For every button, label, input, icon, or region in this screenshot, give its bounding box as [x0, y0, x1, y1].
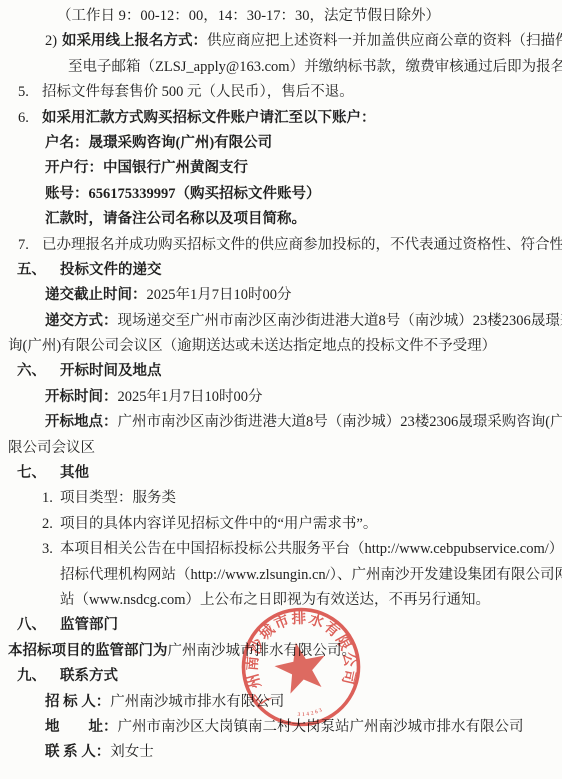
section-5-number: 五、: [17, 258, 46, 283]
opening-time-value: 2025年1月7日10时00分: [118, 389, 263, 405]
remit-note-text: 汇款时，请备注公司名称以及项目简称。: [45, 211, 306, 227]
other-item-3-continuation-1: 招标代理机构网站（http://www.zlsungin.cn/）、广州南沙开发…: [60, 563, 562, 588]
list-item-7-number: 7.: [18, 233, 29, 258]
list-item-7-text: 已办理报名并成功购买招标文件的供应商参加投标的，不代表通过资格性、符合性审查。: [42, 237, 562, 253]
scanned-tender-document-page: （工作日 9：00-12：00，14：30-17：30，法定节假日除外） 2) …: [0, 0, 562, 779]
document-body: （工作日 9：00-12：00，14：30-17：30，法定节假日除外） 2) …: [0, 4, 562, 766]
list-item-2-number: 2): [45, 29, 57, 54]
section-9-number: 九、: [17, 664, 46, 689]
contact-value: 刘女士: [110, 744, 154, 760]
section-7-heading: 七、 其他: [0, 461, 562, 486]
other-item-3-continuation-1-text: 招标代理机构网站（http://www.zlsungin.cn/）、广州南沙开发…: [60, 567, 562, 583]
other-item-2-number: 2.: [42, 512, 53, 537]
other-item-1: 1. 项目类型：服务类: [0, 486, 562, 511]
opening-place-continuation-text: 限公司会议区: [8, 440, 95, 456]
workday-note: （工作日 9：00-12：00，14：30-17：30，法定节假日除外）: [57, 4, 562, 29]
submission-method-continuation: 询(广州)有限公司会议区（逾期送达或未送达指定地点的投标文件不予受理）: [8, 334, 562, 359]
other-item-2-text: 项目的具体内容详见招标文件中的“用户需求书”。: [60, 516, 377, 532]
section-8-title: 监管部门: [60, 617, 118, 633]
section-9-heading: 九、 联系方式: [0, 664, 562, 689]
supervisor-line: 本招标项目的监管部门为广州南沙城市排水有限公司。: [8, 639, 562, 664]
other-item-1-number: 1.: [42, 486, 53, 511]
submission-method-text: 现场递交至广州市南沙区南沙街进港大道8号（南沙城）23楼2306晟璟采购咨: [118, 313, 562, 329]
opening-time-label: 开标时间：: [45, 389, 118, 405]
section-6-title: 开标时间及地点: [60, 363, 162, 379]
contact-line: 联 系 人：刘女士: [45, 740, 562, 765]
online-signup-continuation-text: 至电子邮箱（ZLSJ_apply@163.com）并缴纳标书款，缴费审核通过后即…: [68, 59, 562, 75]
other-item-2: 2. 项目的具体内容详见招标文件中的“用户需求书”。: [0, 512, 562, 537]
other-item-3-number: 3.: [42, 537, 53, 562]
address-label: 地 址：: [45, 719, 118, 735]
bidder-value: 广州南沙城市排水有限公司: [110, 694, 284, 710]
section-9-title: 联系方式: [60, 668, 118, 684]
opening-place-continuation: 限公司会议区: [8, 436, 562, 461]
bidder-label: 招 标 人：: [45, 694, 110, 710]
contact-label: 联 系 人：: [45, 744, 110, 760]
opening-time-line: 开标时间：2025年1月7日10时00分: [45, 385, 562, 410]
address-line: 地 址：广州市南沙区大岗镇南二村大岗泵站广州南沙城市排水有限公司: [45, 715, 562, 740]
submission-deadline-line: 递交截止时间：2025年1月7日10时00分: [45, 283, 562, 308]
list-item-6-text: 如采用汇款方式购买招标文件账户请汇至以下账户：: [42, 110, 376, 126]
other-item-3-continuation-2: 站（www.nsdcg.com）上公布之日即视为有效送达，不再另行通知。: [60, 588, 562, 613]
account-name-text: 户名：晟璟采购咨询(广州)有限公司: [45, 135, 272, 151]
submission-deadline-label: 递交截止时间：: [45, 287, 147, 303]
bank-text: 开户行：中国银行广州黄阁支行: [45, 160, 248, 176]
section-5-title: 投标文件的递交: [60, 262, 162, 278]
supervisor-label: 本招标项目的监管部门为: [8, 643, 168, 659]
section-6-number: 六、: [17, 359, 46, 384]
list-item-5: 5. 招标文件每套售价 500 元（人民币），售后不退。: [0, 80, 562, 105]
list-item-6-number: 6.: [18, 106, 29, 131]
section-5-heading: 五、 投标文件的递交: [0, 258, 562, 283]
section-8-number: 八、: [17, 613, 46, 638]
bank-line: 开户行：中国银行广州黄阁支行: [45, 156, 562, 181]
account-number-line: 账号：656175339997（购买招标文件账号）: [45, 182, 562, 207]
online-signup-text: 供应商应把上述资料一并加盖供应商公章的资料（扫描件）发送: [207, 33, 562, 49]
workday-note-text: （工作日 9：00-12：00，14：30-17：30，法定节假日除外）: [57, 8, 440, 24]
list-item-5-number: 5.: [18, 80, 29, 105]
bidder-line: 招 标 人：广州南沙城市排水有限公司: [45, 690, 562, 715]
other-item-3: 3. 本项目相关公告在中国招标投标公共服务平台（http://www.cebpu…: [0, 537, 562, 562]
section-8-heading: 八、 监管部门: [0, 613, 562, 638]
list-item-5-text: 招标文件每套售价 500 元（人民币），售后不退。: [42, 84, 354, 100]
address-value: 广州市南沙区大岗镇南二村大岗泵站广州南沙城市排水有限公司: [118, 719, 524, 735]
online-signup-label: 如采用线上报名方式：: [62, 33, 207, 49]
section-7-number: 七、: [17, 461, 46, 486]
list-item-6: 6. 如采用汇款方式购买招标文件账户请汇至以下账户：: [0, 106, 562, 131]
submission-method-label: 递交方式：: [45, 313, 118, 329]
other-item-1-text: 项目类型：服务类: [60, 490, 176, 506]
opening-place-text: 广州市南沙区南沙街进港大道8号（南沙城）23楼2306晟璟采购咨询(广州)有: [118, 414, 562, 430]
list-item-7: 7. 已办理报名并成功购买招标文件的供应商参加投标的，不代表通过资格性、符合性审…: [0, 233, 562, 258]
submission-method-line: 递交方式：现场递交至广州市南沙区南沙街进港大道8号（南沙城）23楼2306晟璟采…: [45, 309, 562, 334]
submission-deadline-value: 2025年1月7日10时00分: [147, 287, 292, 303]
opening-place-label: 开标地点：: [45, 414, 118, 430]
account-number-text: 账号：656175339997（购买招标文件账号）: [45, 186, 321, 202]
submission-method-continuation-text: 询(广州)有限公司会议区（逾期送达或未送达指定地点的投标文件不予受理）: [8, 338, 496, 354]
other-item-3-continuation-2-text: 站（www.nsdcg.com）上公布之日即视为有效送达，不再另行通知。: [60, 592, 490, 608]
other-item-3-text: 本项目相关公告在中国招标投标公共服务平台（http://www.cebpubse…: [60, 541, 562, 557]
online-signup-continuation: 至电子邮箱（ZLSJ_apply@163.com）并缴纳标书款，缴费审核通过后即…: [68, 55, 562, 80]
supervisor-value: 广州南沙城市排水有限公司。: [168, 643, 357, 659]
remit-note-line: 汇款时，请备注公司名称以及项目简称。: [45, 207, 562, 232]
opening-place-line: 开标地点：广州市南沙区南沙街进港大道8号（南沙城）23楼2306晟璟采购咨询(广…: [45, 410, 562, 435]
list-item-2-online: 2) 如采用线上报名方式：供应商应把上述资料一并加盖供应商公章的资料（扫描件）发…: [0, 29, 562, 54]
section-6-heading: 六、 开标时间及地点: [0, 359, 562, 384]
section-7-title: 其他: [60, 465, 89, 481]
account-name-line: 户名：晟璟采购咨询(广州)有限公司: [45, 131, 562, 156]
